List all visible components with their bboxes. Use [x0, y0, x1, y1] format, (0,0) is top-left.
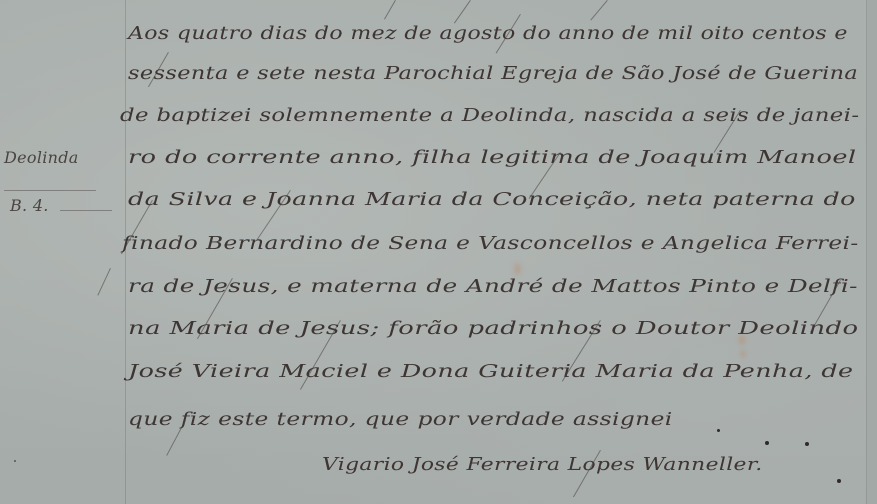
- ink-dot: [14, 460, 16, 462]
- priest-signature: Vigario José Ferreira Lopes Wanneller.: [322, 454, 763, 475]
- entry-line-4: ro do corrente anno, filha legitima de J…: [128, 148, 857, 168]
- entry-line-3: de baptizei solemnemente a Deolinda, nas…: [120, 106, 859, 126]
- margin-name: Deolinda: [4, 148, 79, 167]
- pen-stroke: [97, 268, 111, 296]
- ink-dot: [765, 441, 769, 445]
- pen-stroke: [590, 0, 607, 21]
- foxing-stain: [514, 263, 521, 275]
- pen-stroke: [384, 0, 396, 20]
- entry-line-6: finado Bernardino de Sena e Vasconcellos…: [122, 234, 859, 254]
- margin-entry-number: B. 4.: [10, 196, 49, 215]
- ink-dot: [717, 429, 720, 432]
- ink-dot: [805, 442, 809, 446]
- entry-line-10: que fiz este termo, que por verdade assi…: [128, 410, 673, 430]
- foxing-stain: [740, 350, 746, 358]
- entry-line-1: Aos quatro dias do mez de agosto do anno…: [128, 24, 848, 44]
- pen-stroke: [454, 0, 471, 24]
- entry-line-2: sessenta e sete nesta Parochial Egreja d…: [128, 64, 858, 84]
- entry-line-9: José Vieira Maciel e Dona Guiteria Maria…: [128, 362, 853, 382]
- ink-dot: [837, 479, 841, 483]
- adjacent-page-strip: [867, 0, 877, 504]
- margin-underline: [4, 190, 96, 191]
- manuscript-page: Deolinda B. 4. Aos quatro dias do mez de…: [0, 0, 877, 504]
- entry-line-5: da Silva e Joanna Maria da Conceição, ne…: [128, 190, 856, 210]
- foxing-stain: [738, 335, 746, 345]
- entry-line-7: ra de Jesus, e materna de André de Matto…: [128, 277, 858, 297]
- entry-line-8: na Maria de Jesus; forão padrinhos o Dou…: [128, 319, 859, 339]
- margin-underline-2: [60, 210, 112, 211]
